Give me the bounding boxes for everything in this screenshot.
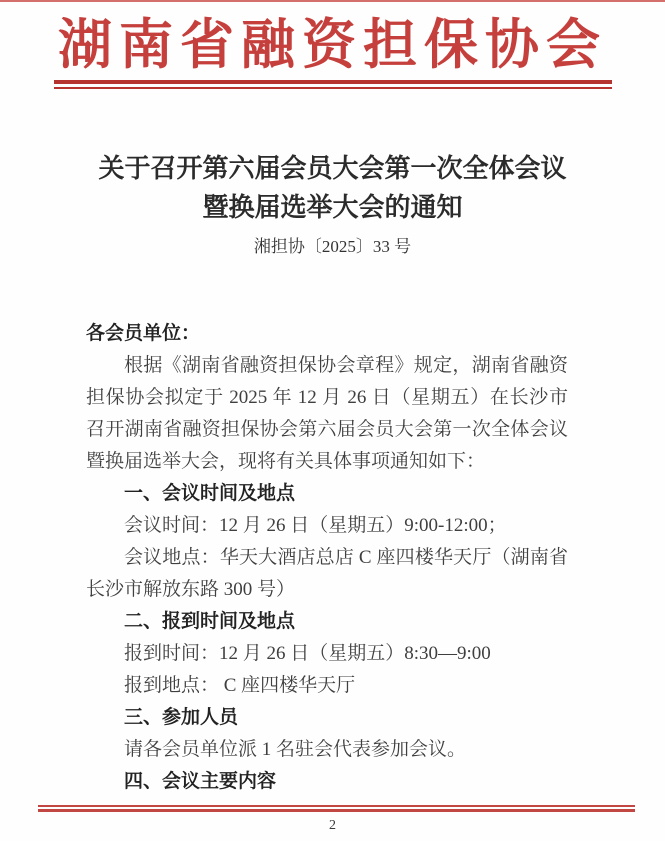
salutation: 各会员单位： [86,318,568,350]
letterhead-double-rule [54,80,612,89]
section-3-line-attendees: 请各会员单位派 1 名驻会代表参加会议。 [86,734,568,766]
document-title-line2: 暨换届选举大会的通知 [0,188,665,227]
section-2-heading: 二、报到时间及地点 [86,606,568,638]
document-title-line1: 关于召开第六届会员大会第一次全体会议 [0,149,665,188]
scanned-notice-page: 湖南省融资担保协会 关于召开第六届会员大会第一次全体会议 暨换届选举大会的通知 … [0,0,665,841]
page-number: 2 [0,817,665,835]
document-number: 湘担协〔2025〕33 号 [0,236,665,258]
top-scan-edge-rule [0,0,665,2]
footer-double-rule [38,805,635,812]
section-1-line-meeting-place: 会议地点：华天大酒店总店 C 座四楼华天厅（湖南省长沙市解放东路 300 号） [86,542,568,606]
section-2-line-checkin-place: 报到地点： C 座四楼华天厅 [86,670,568,702]
document-title: 关于召开第六届会员大会第一次全体会议 暨换届选举大会的通知 [0,149,665,227]
letterhead-org-name: 湖南省融资担保协会 [0,12,665,78]
section-3-heading: 三、参加人员 [86,702,568,734]
section-4-heading: 四、会议主要内容 [86,766,568,798]
section-2-line-checkin-time: 报到时间：12 月 26 日（星期五）8:30—9:00 [86,638,568,670]
section-1-line-meeting-time: 会议时间：12 月 26 日（星期五）9:00-12:00； [86,510,568,542]
intro-paragraph: 根据《湖南省融资担保协会章程》规定，湖南省融资担保协会拟定于 2025 年 12… [86,350,568,478]
section-1-heading: 一、会议时间及地点 [86,478,568,510]
document-body: 各会员单位： 根据《湖南省融资担保协会章程》规定，湖南省融资担保协会拟定于 20… [86,318,568,798]
